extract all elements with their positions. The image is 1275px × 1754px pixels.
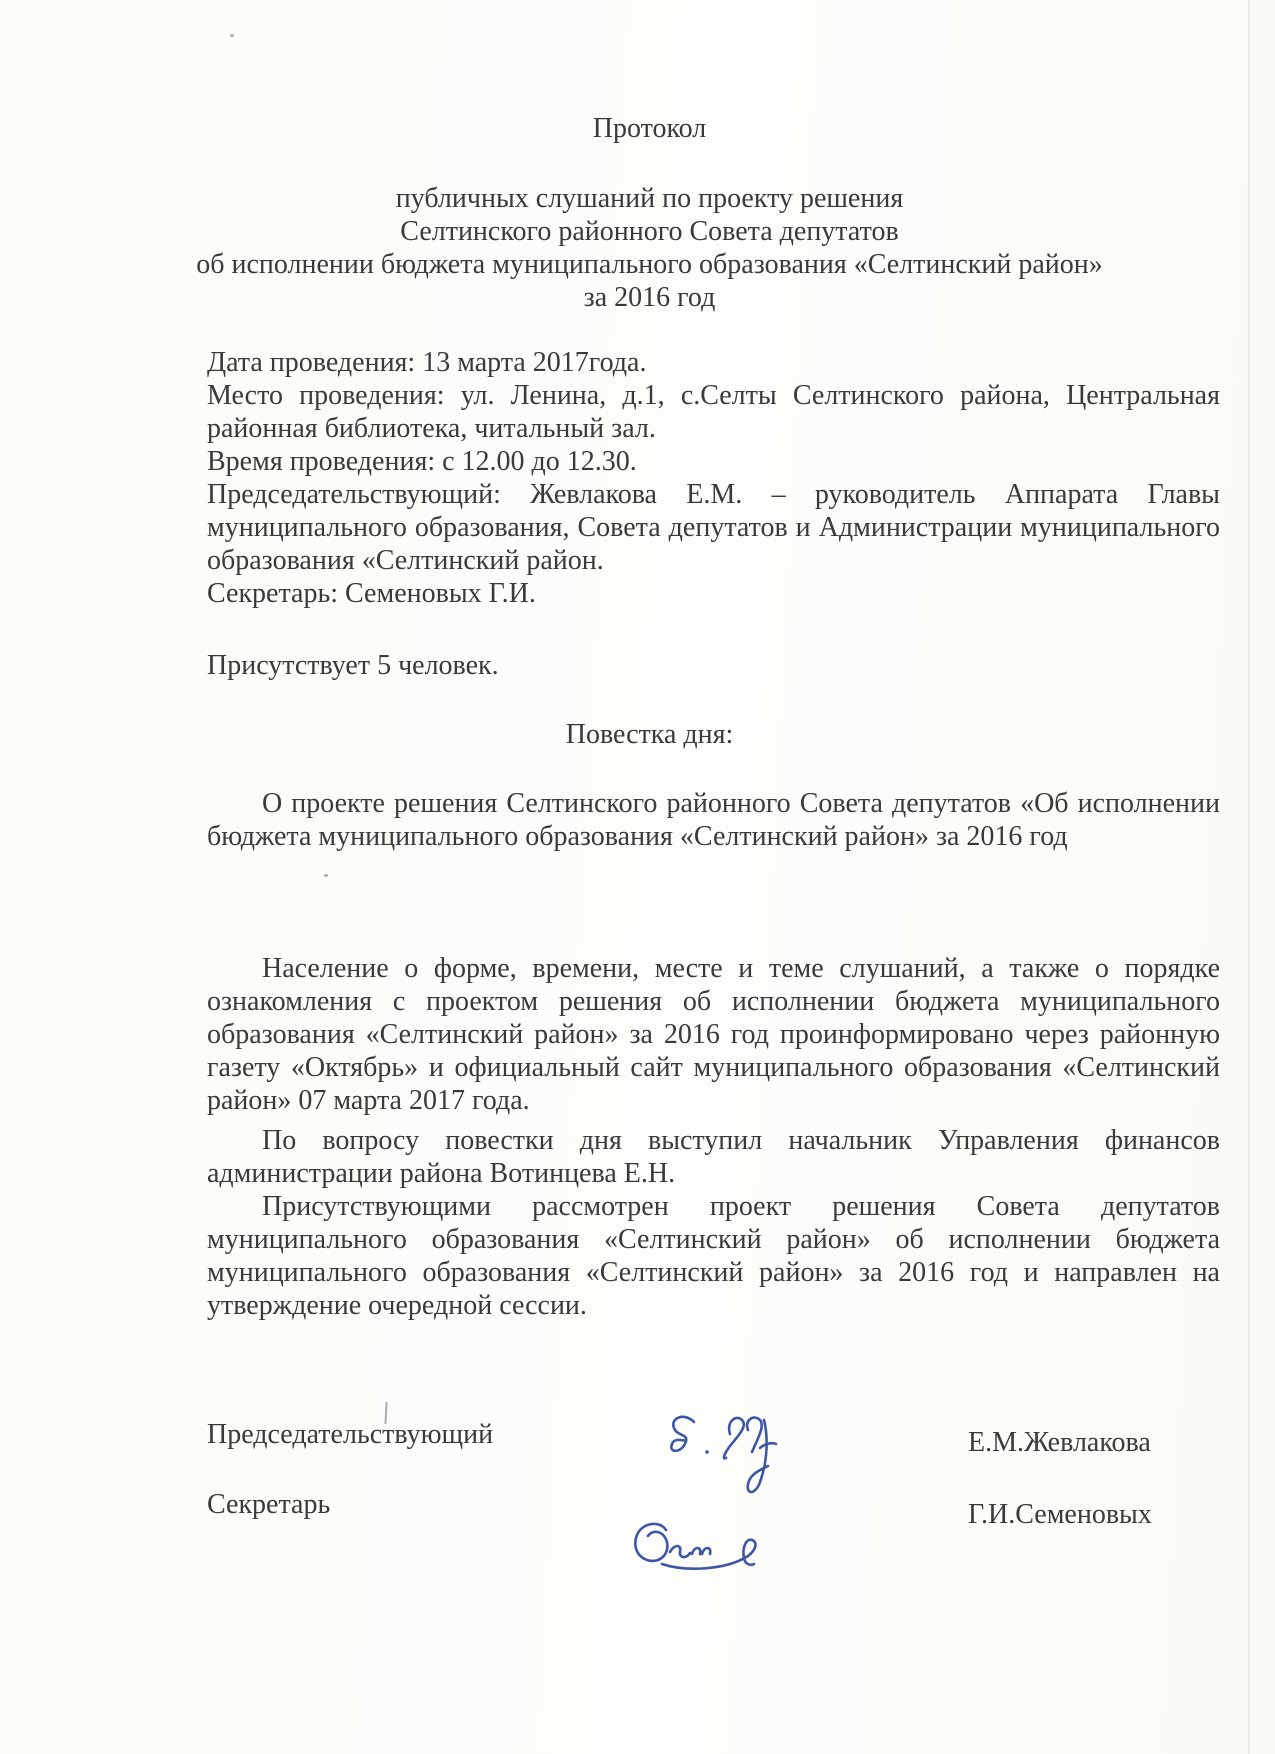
detail-place: Место проведения: ул. Ленина, д.1, с.Сел… [207, 379, 1220, 445]
signature-role-chair: Председательствующий [207, 1418, 493, 1451]
signature-ink-secretary [626, 1512, 776, 1580]
signature-name-chair: Е.М.Жевлакова [968, 1426, 1151, 1459]
attendance-line: Присутствует 5 человек. [207, 649, 1220, 682]
scan-artifact-dot [324, 874, 328, 877]
scan-streak [1248, 0, 1250, 1754]
signature-name-secretary: Г.И.Семеновых [968, 1498, 1152, 1531]
detail-time: Время проведения: с 12.00 до 12.30. [207, 445, 1220, 478]
meeting-details: Дата проведения: 13 марта 2017года. Мест… [207, 346, 1220, 610]
detail-secretary: Секретарь: Семеновых Г.И. [207, 577, 1220, 610]
body-paragraph-information: Население о форме, времени, месте и теме… [207, 952, 1220, 1117]
subtitle-line: Селтинского районного Совета депутатов [72, 215, 1227, 248]
document-title: Протокол [72, 112, 1227, 145]
scanned-protocol-page: Протокол публичных слушаний по проекту р… [0, 0, 1275, 1754]
signature-ink-chair [664, 1408, 796, 1508]
scan-artifact-dot [230, 34, 234, 37]
subtitle-line: публичных слушаний по проекту решения [72, 182, 1227, 215]
detail-chair: Председательствующий: Жевлакова Е.М. – р… [207, 478, 1220, 577]
subtitle-line: за 2016 год [72, 281, 1227, 314]
body-paragraph-resolution: Присутствующими рассмотрен проект решени… [207, 1190, 1220, 1322]
signature-role-secretary: Секретарь [207, 1488, 330, 1521]
detail-date: Дата проведения: 13 марта 2017года. [207, 346, 1220, 379]
agenda-heading: Повестка дня: [72, 718, 1227, 751]
agenda-item: О проекте решения Селтинского районного … [207, 787, 1220, 853]
body-paragraph-speaker: По вопросу повестки дня выступил начальн… [207, 1124, 1220, 1190]
subtitle-line: об исполнении бюджета муниципального обр… [72, 248, 1227, 281]
document-subtitle: публичных слушаний по проекту решения Се… [72, 182, 1227, 314]
